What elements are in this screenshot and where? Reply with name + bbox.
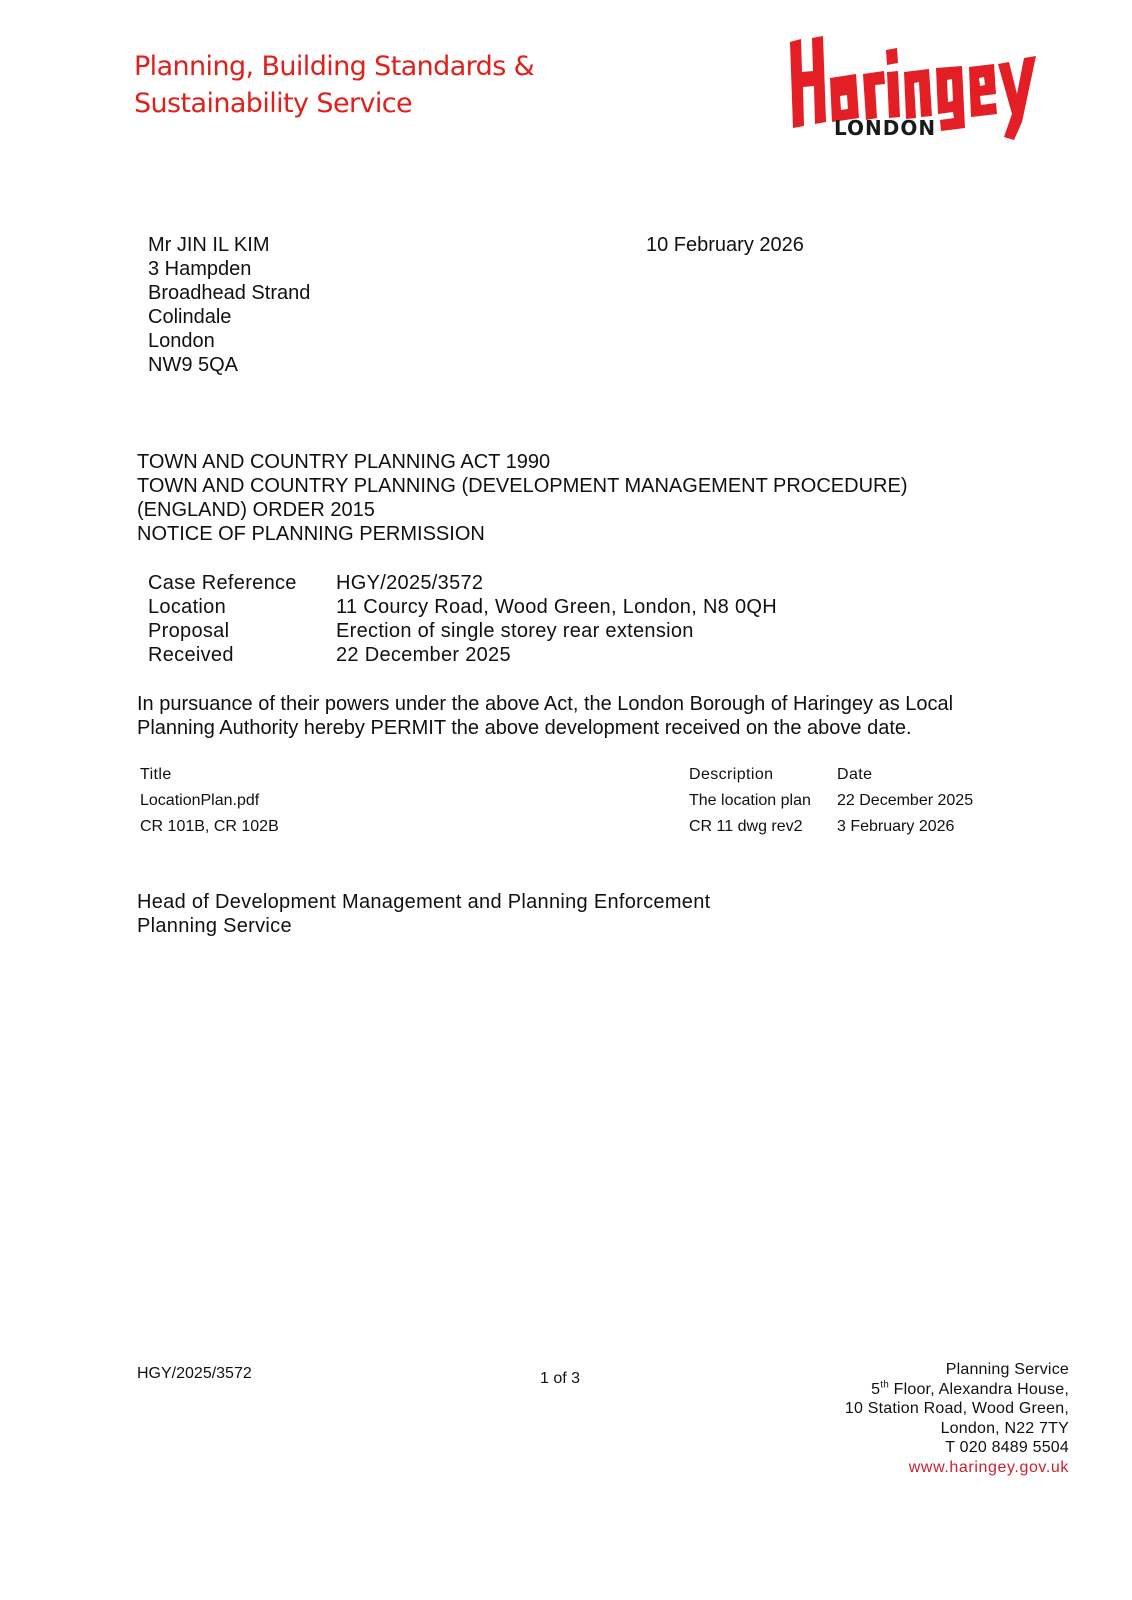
case-value: Erection of single storey rear extension: [336, 619, 694, 643]
notice-title: NOTICE OF PLANNING PERMISSION: [137, 522, 907, 546]
logo-subtitle: LONDON: [834, 116, 936, 140]
signatory-department: Planning Service: [137, 914, 711, 938]
permission-paragraph: In pursuance of their powers under the a…: [137, 692, 953, 740]
case-label: Received: [148, 643, 336, 667]
footer-address: Planning Service 5th Floor, Alexandra Ho…: [845, 1360, 1069, 1478]
document-title: LocationPlan.pdf: [140, 788, 689, 814]
case-label: Location: [148, 595, 336, 619]
footer-street: 10 Station Road, Wood Green,: [845, 1399, 1069, 1419]
service-heading-line2: Sustainability Service: [134, 85, 534, 122]
act-headings: TOWN AND COUNTRY PLANNING ACT 1990 TOWN …: [137, 450, 907, 546]
table-row: CR 101B, CR 102B CR 11 dwg rev2 3 Februa…: [140, 814, 973, 840]
documents-table: Title Description Date LocationPlan.pdf …: [140, 762, 973, 840]
website-link[interactable]: www.haringey.gov.uk: [845, 1458, 1069, 1478]
table-row: LocationPlan.pdf The location plan 22 De…: [140, 788, 973, 814]
act-heading: TOWN AND COUNTRY PLANNING ACT 1990: [137, 450, 907, 474]
column-header-date: Date: [837, 762, 973, 788]
document-date: 3 February 2026: [837, 814, 973, 840]
act-heading: TOWN AND COUNTRY PLANNING (DEVELOPMENT M…: [137, 474, 907, 498]
address-line: Colindale: [148, 305, 310, 329]
case-reference-row: Case Reference HGY/2025/3572: [148, 571, 777, 595]
case-label: Case Reference: [148, 571, 336, 595]
proposal-row: Proposal Erection of single storey rear …: [148, 619, 777, 643]
permission-line: Planning Authority hereby PERMIT the abo…: [137, 716, 953, 740]
footer-city: London, N22 7TY: [845, 1419, 1069, 1439]
letter-date: 10 February 2026: [646, 233, 804, 257]
signatory-title: Head of Development Management and Plann…: [137, 890, 711, 914]
case-value: 22 December 2025: [336, 643, 511, 667]
recipient-name: Mr JIN IL KIM: [148, 233, 310, 257]
footer-floor: 5th Floor, Alexandra House,: [845, 1380, 1069, 1400]
table-header-row: Title Description Date: [140, 762, 973, 788]
address-line: London: [148, 329, 310, 353]
footer-phone: T 020 8489 5504: [845, 1438, 1069, 1458]
act-heading: (ENGLAND) ORDER 2015: [137, 498, 907, 522]
service-heading-line1: Planning, Building Standards &: [134, 48, 534, 85]
footer-service: Planning Service: [845, 1360, 1069, 1380]
page-number: 1 of 3: [540, 1370, 580, 1388]
case-value: 11 Courcy Road, Wood Green, London, N8 0…: [336, 595, 777, 619]
haringey-logo-icon: LONDON: [786, 36, 1061, 140]
column-header-title: Title: [140, 762, 689, 788]
column-header-description: Description: [689, 762, 837, 788]
location-row: Location 11 Courcy Road, Wood Green, Lon…: [148, 595, 777, 619]
case-label: Proposal: [148, 619, 336, 643]
case-details: Case Reference HGY/2025/3572 Location 11…: [148, 571, 777, 667]
haringey-logo: LONDON: [786, 36, 1061, 140]
footer-reference: HGY/2025/3572: [137, 1365, 252, 1383]
address-line: 3 Hampden: [148, 257, 310, 281]
address-line: Broadhead Strand: [148, 281, 310, 305]
document-description: The location plan: [689, 788, 837, 814]
permission-line: In pursuance of their powers under the a…: [137, 692, 953, 716]
case-value: HGY/2025/3572: [336, 571, 483, 595]
service-heading: Planning, Building Standards & Sustainab…: [134, 48, 534, 122]
address-line: NW9 5QA: [148, 353, 310, 377]
received-row: Received 22 December 2025: [148, 643, 777, 667]
document-date: 22 December 2025: [837, 788, 973, 814]
document-title: CR 101B, CR 102B: [140, 814, 689, 840]
recipient-address: Mr JIN IL KIM 3 Hampden Broadhead Strand…: [148, 233, 310, 377]
document-description: CR 11 dwg rev2: [689, 814, 837, 840]
signatory: Head of Development Management and Plann…: [137, 890, 711, 938]
